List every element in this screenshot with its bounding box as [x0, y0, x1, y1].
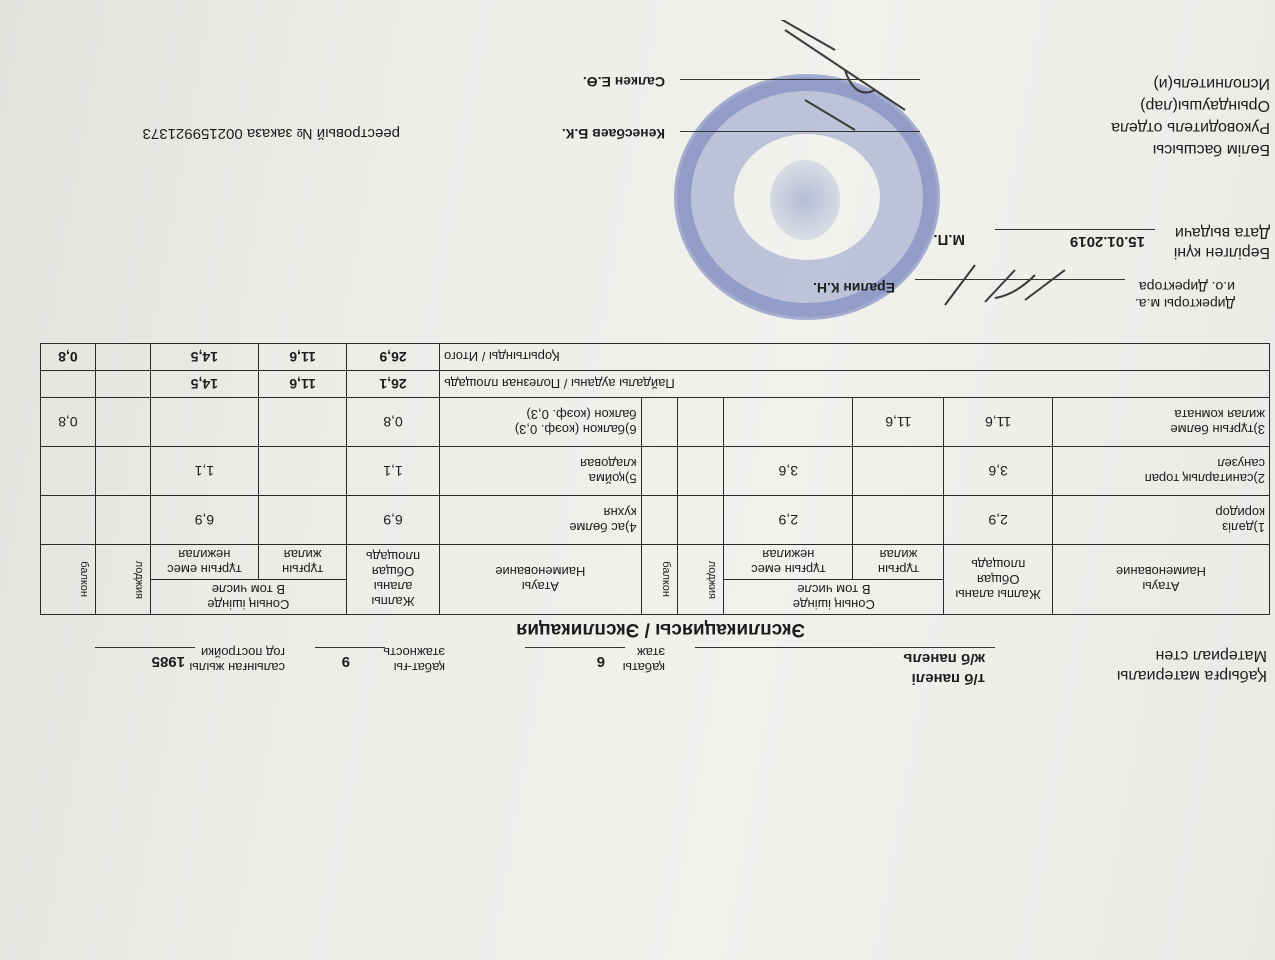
table-row: 3)тұрғын бөлмежилая комната 11,6 11,6 6)… — [41, 398, 1270, 447]
stamp-emblem-icon — [770, 160, 840, 240]
storeys-label-ru: этажность — [383, 645, 445, 660]
header-name-2: АтауыНаименование — [440, 545, 642, 615]
dept-head-label-kz: Бөлім басшысы — [1111, 138, 1270, 160]
director-label-ru: и.о. Директора — [1135, 278, 1235, 295]
header-nonliving: тұрғын емеснежилая — [724, 545, 853, 580]
wall-material-label-ru: Материал стен — [1117, 645, 1267, 665]
explication-table: АтауыНаименование Жалпы аланыОбщая площа… — [40, 343, 1270, 615]
issue-date-value: 15.01.2019 — [1070, 233, 1145, 250]
dept-head-name: Кенесбаев Б.К. — [562, 126, 665, 142]
issue-date-underline — [995, 229, 1155, 230]
table-title: Экспликациясы / Экспликация — [516, 618, 805, 640]
useful-area-row: Пайдалы ауданы / Полезная площадь 26,1 1… — [41, 371, 1270, 398]
wall-material-label-kz: Қабырға материалы — [1117, 665, 1267, 685]
floor-label: қабаты этаж — [623, 645, 665, 675]
header-including-2: Соның ішіндеВ том числе — [150, 580, 346, 615]
issue-date-label: Берілген күні Дата выдачи — [1174, 222, 1270, 262]
issue-date-label-kz: Берілген күні — [1174, 242, 1270, 262]
header-loggia: лоджия — [677, 545, 724, 615]
wall-material-underline — [695, 647, 995, 648]
wall-material-label: Қабырға материалы Материал стен — [1117, 645, 1267, 685]
wall-material-value-kz: т/б панелі — [903, 668, 985, 688]
total-row: Қорытынды / Итого 26,9 11,6 14,5 0,8 — [41, 344, 1270, 371]
registry-number: реестровый № заказа 002159921373 — [143, 125, 400, 142]
storeys-label-kz: қабат-ғы — [383, 660, 445, 675]
header-nonliving-2: тұрғын емеснежилая — [150, 545, 259, 580]
storeys-value: 9 — [342, 653, 350, 670]
header-balcony-2: балкон — [41, 545, 96, 615]
department-labels: Бөлім басшысы Руководитель отдела Орында… — [1111, 72, 1270, 160]
floor-underline — [525, 647, 625, 648]
table-row: 2)санитарлық торапсанузел 3,6 3,6 5)қойм… — [41, 447, 1270, 496]
dept-signatures-icon — [755, 20, 915, 160]
director-label-kz: Директоры м.а. — [1135, 295, 1235, 312]
document-page: Қабырға материалы Материал стен т/б пане… — [0, 0, 1275, 960]
stamp-place-label: М.П. — [933, 231, 965, 248]
header-total-2: Жалпы аланыОбщая площадь — [347, 545, 440, 615]
header-total: Жалпы аланыОбщая площадь — [944, 545, 1053, 615]
director-label: Директоры м.а. и.о. Директора — [1135, 278, 1235, 312]
storeys-label: қабат-ғы этажность — [383, 645, 445, 675]
wall-material-value-ru: ж/б панель — [903, 648, 985, 668]
header-living: тұрғынжилая — [853, 545, 944, 580]
executor-label-kz: Орындаушы(лар) — [1111, 94, 1270, 116]
header-name: АтауыНаименование — [1052, 545, 1269, 615]
year-label: салынған жылы год постройки — [189, 645, 285, 675]
director-name: Ералин К.Н. — [813, 280, 895, 296]
wall-material-value: т/б панелі ж/б панель — [903, 648, 985, 688]
year-label-ru: год постройки — [189, 645, 285, 660]
floor-label-kz: қабаты — [623, 660, 665, 675]
dept-head-label-ru: Руководитель отдела — [1111, 116, 1270, 138]
year-value: 1985 — [152, 653, 185, 670]
director-signature-icon — [925, 260, 1085, 310]
executor-label-ru: Исполнитель(и) — [1111, 72, 1270, 94]
floor-label-ru: этаж — [623, 645, 665, 660]
year-label-kz: салынған жылы — [189, 660, 285, 675]
header-balcony: балкон — [641, 545, 677, 615]
header-including: Соның ішіндеВ том числе — [724, 580, 944, 615]
table-row: 1)дәлізкоридор 2,9 2,9 4)ас бөлмекухня 6… — [41, 496, 1270, 545]
header-loggia-2: лоджия — [95, 545, 150, 615]
header-living-2: тұрғынжилая — [259, 545, 347, 580]
year-underline — [95, 647, 195, 648]
storeys-underline — [315, 647, 385, 648]
floor-value: 6 — [597, 653, 605, 670]
executor-name: Салкен Е.Ө. — [583, 74, 665, 90]
issue-date-label-ru: Дата выдачи — [1174, 222, 1270, 242]
